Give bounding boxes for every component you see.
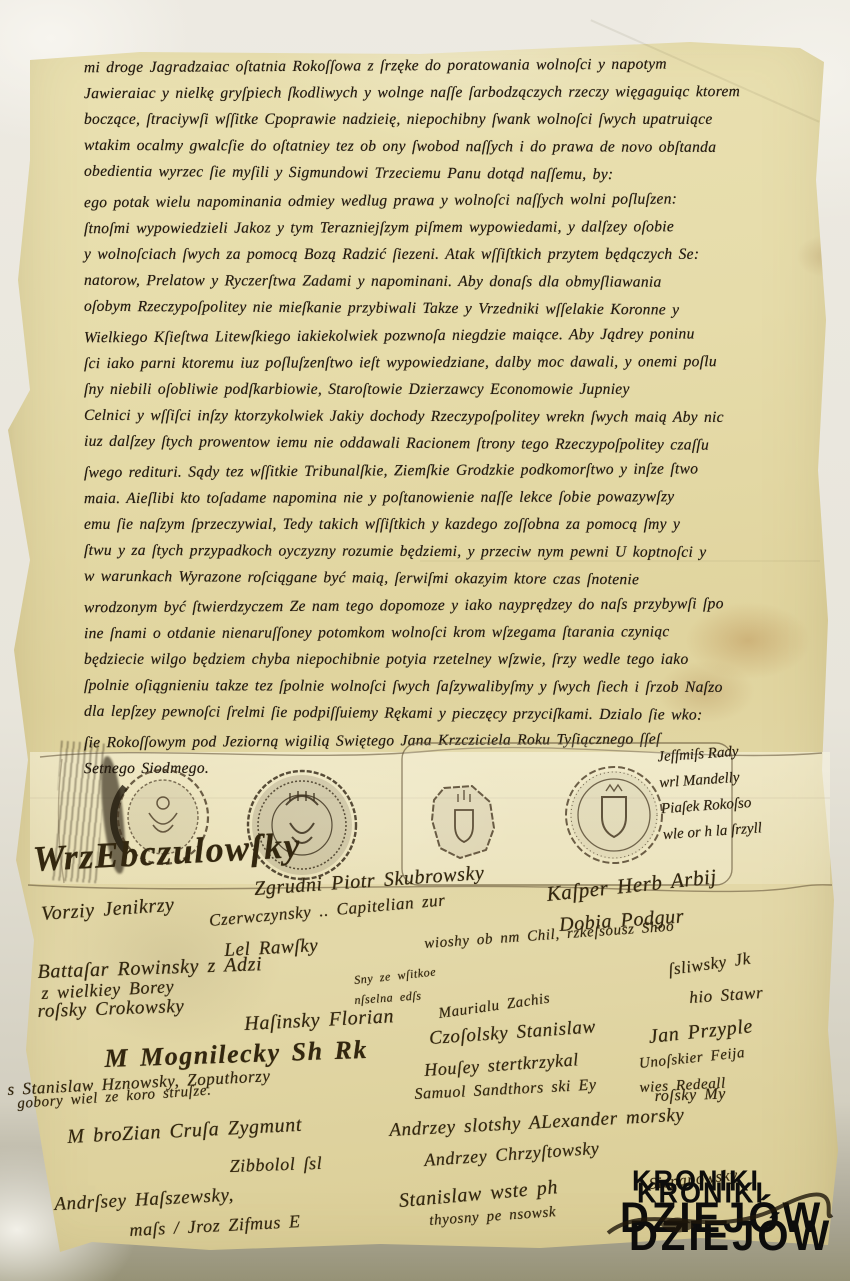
signature: hio Stawr (689, 983, 764, 1008)
signature: Kaſper Herb Arbij (545, 864, 718, 907)
signature: Sny ze wſitkoe (353, 964, 437, 988)
signature: maſs / Jroz Zifmus E (129, 1211, 301, 1241)
signature: Andrzey slotshy ALexander morsky (389, 1105, 685, 1142)
signature: Czerwczynsky .. Capitelian zur (208, 890, 446, 931)
signature: Andrzey Chrzyſtowsky (424, 1138, 601, 1171)
signature: Maurialu Zachis (438, 991, 552, 1023)
signature: Vorziy Jenikrzy (40, 894, 175, 926)
signature: Houſey stertkrzykal (424, 1049, 580, 1081)
signatures-field: WrzEbczulowſkyZgrudni Piotr SkubrowskyKa… (0, 0, 850, 1281)
signature: Zibbolol ſsl (229, 1153, 322, 1177)
signature: Samuol Sandthors ski Ey (414, 1076, 597, 1104)
signature: Czoſolsky Stanislaw (428, 1016, 596, 1050)
signature: Andrſsey Haſszewsky, (54, 1185, 235, 1216)
signature: roſsky Crokowsky (37, 996, 184, 1023)
pen-flourish (600, 1185, 840, 1265)
signature: ſsliwsky Jk (667, 949, 752, 980)
manuscript-photo: mi droge Jagradzaiac oſtatnia Rokoſſowa … (0, 0, 850, 1281)
signature: wioshy ob nm Chil, rzkeſsousz Shoo (424, 919, 675, 953)
signature: WrzEbczulowſky (32, 824, 302, 880)
signature: Haſinsky Florian (244, 1005, 395, 1036)
signature: Jan Przyple (648, 1015, 754, 1049)
signature: Unoſskier Feija (638, 1045, 746, 1073)
signature: Zgrudni Piotr Skubrowsky (253, 862, 485, 901)
signature: roſsky My (654, 1086, 726, 1106)
signature: M broZian Cruſa Zygmunt (67, 1114, 303, 1149)
